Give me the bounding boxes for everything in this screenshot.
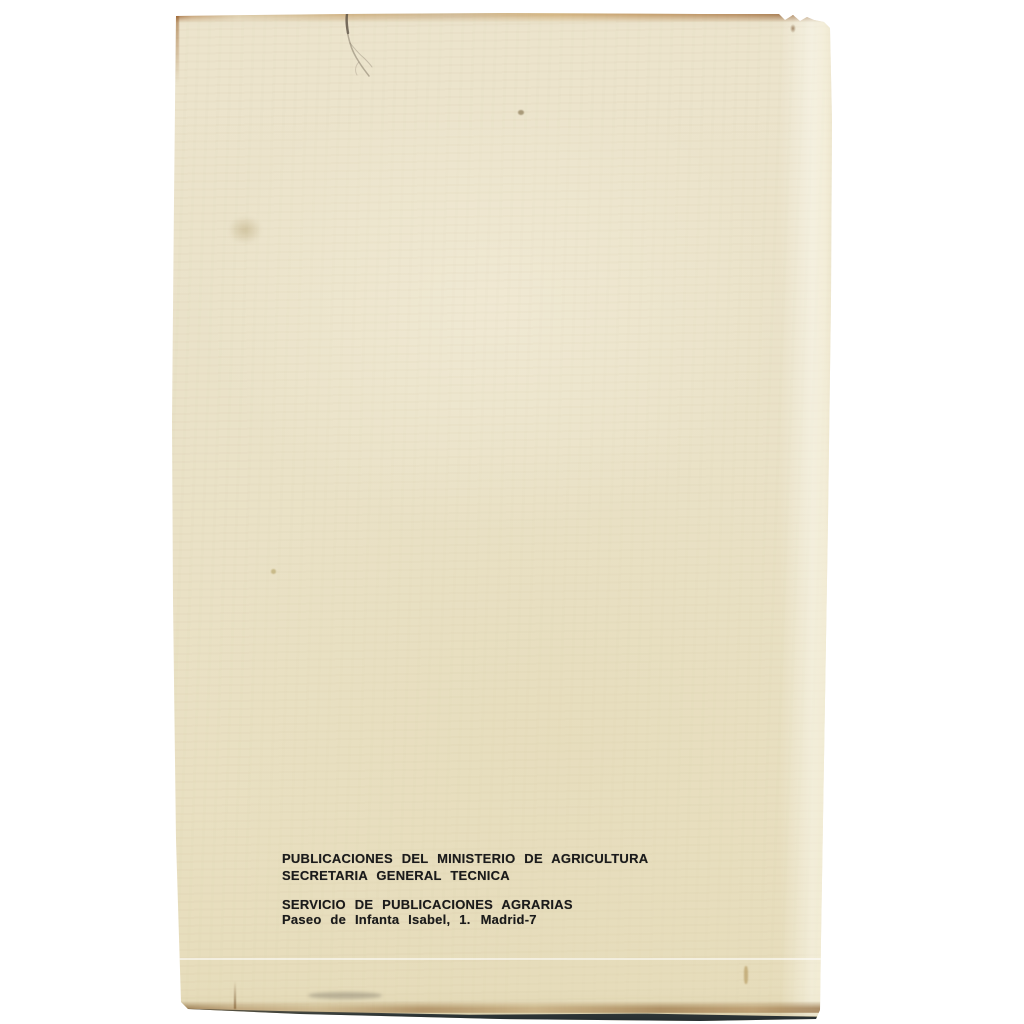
book-back-cover: PUBLICACIONES DEL MINISTERIO DE AGRICULT…	[0, 0, 1024, 1024]
speck	[271, 569, 276, 574]
speck	[518, 110, 524, 115]
photo-stage: PUBLICACIONES DEL MINISTERIO DE AGRICULT…	[0, 0, 1024, 1024]
scratch-line	[172, 958, 832, 960]
imprint-city: Madrid-7	[481, 912, 537, 927]
imprint-publisher-line: PUBLICACIONES DEL MINISTERIO DE AGRICULT…	[282, 850, 648, 867]
imprint-service-line: SERVICIO DE PUBLICACIONES AGRARIAS	[282, 897, 648, 912]
imprint-address: Paseo de Infanta Isabel, 1.	[282, 912, 471, 927]
bottom-smudge-mark	[308, 992, 382, 999]
spine-fold-highlight	[780, 16, 838, 1016]
imprint-address-line: Paseo de Infanta Isabel, 1.Madrid-7	[282, 912, 648, 927]
stain-smudge	[228, 216, 262, 244]
left-corner-wear	[172, 14, 179, 84]
imprint-secretariat-line: SECRETARIA GENERAL TECNICA	[282, 867, 648, 884]
top-edge-wear	[172, 12, 834, 23]
imprint-block: PUBLICACIONES DEL MINISTERIO DE AGRICULT…	[282, 850, 648, 927]
tear-mark	[334, 12, 384, 92]
speck	[744, 966, 748, 984]
